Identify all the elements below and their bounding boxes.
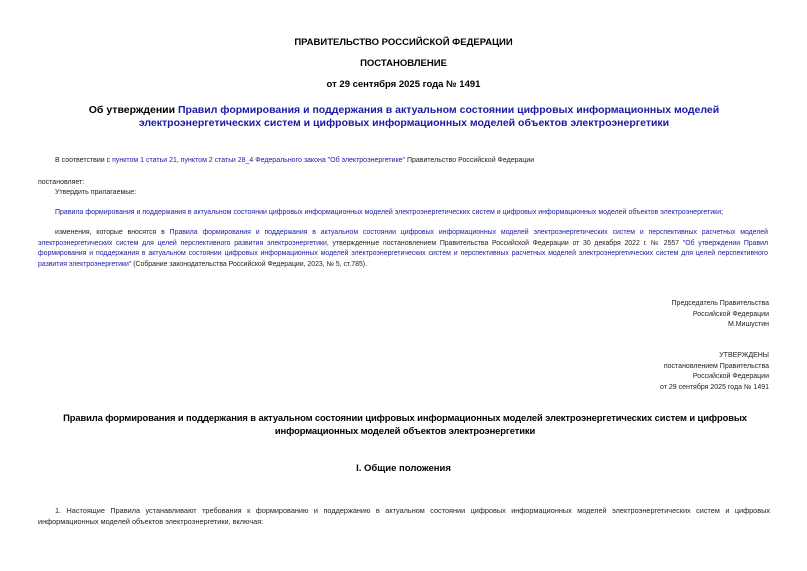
approved-item-amendments: изменения, которые вносятся в Правила фо… xyxy=(38,228,768,270)
document-title: Об утверждении Правил формирования и под… xyxy=(38,104,770,130)
paragraph-1-text: 1. Настоящие Правила устанавливают требо… xyxy=(38,506,770,526)
signature-name: М.Мишустин xyxy=(672,320,769,331)
issuing-authority: ПРАВИТЕЛЬСТВО РОССИЙСКОЙ ФЕДЕРАЦИИ xyxy=(0,37,807,48)
amendments-text: изменения, которые вносятся в xyxy=(55,229,170,236)
amendments-source: (Собрание законодательства Российской Фе… xyxy=(131,261,367,268)
document-page: ПРАВИТЕЛЬСТВО РОССИЙСКОЙ ФЕДЕРАЦИИ ПОСТА… xyxy=(0,0,807,571)
federal-law-link[interactable]: пунктом 1 статьи 21, пунктом 2 статьи 28… xyxy=(112,157,405,164)
signature-block: Председатель Правительства Российской Фе… xyxy=(672,299,769,331)
item-punctuation: ; xyxy=(721,209,723,216)
section-1-title: I. Общие положения xyxy=(0,463,807,474)
rules-title: Правила формирования и поддержания в акт… xyxy=(60,411,750,437)
title-prefix: Об утверждении xyxy=(89,104,178,116)
resolves-text: постановляет: xyxy=(38,178,84,189)
document-type: ПОСТАНОВЛЕНИЕ xyxy=(0,58,807,69)
approved-rules-link[interactable]: Правила формирования и поддержания в акт… xyxy=(55,209,721,216)
rules-paragraph-1: 1. Настоящие Правила устанавливают требо… xyxy=(38,505,770,527)
approval-by: постановлением Правительства xyxy=(660,362,769,373)
preamble: В соответствии с пунктом 1 статьи 21, пу… xyxy=(55,156,534,167)
preamble-text: В соответствии с xyxy=(55,157,112,164)
approval-heading: УТВЕРЖДЕНЫ xyxy=(660,351,769,362)
approved-item-rules: Правила формирования и поддержания в акт… xyxy=(55,208,723,219)
approve-intro: Утвердить прилагаемые: xyxy=(55,188,136,199)
approval-country: Российской Федерации xyxy=(660,372,769,383)
preamble-text-after: Правительство Российской Федерации xyxy=(405,157,534,164)
approval-date-number: от 29 сентября 2025 года № 1491 xyxy=(660,383,769,394)
signature-country: Российской Федерации xyxy=(672,310,769,321)
signature-position: Председатель Правительства xyxy=(672,299,769,310)
title-link[interactable]: Правил формирования и поддержания в акту… xyxy=(139,104,719,129)
document-date-number: от 29 сентября 2025 года № 1491 xyxy=(0,79,807,90)
amendments-text-middle: , утвержденные постановлением Правительс… xyxy=(327,240,683,247)
approval-stamp: УТВЕРЖДЕНЫ постановлением Правительства … xyxy=(660,351,769,393)
